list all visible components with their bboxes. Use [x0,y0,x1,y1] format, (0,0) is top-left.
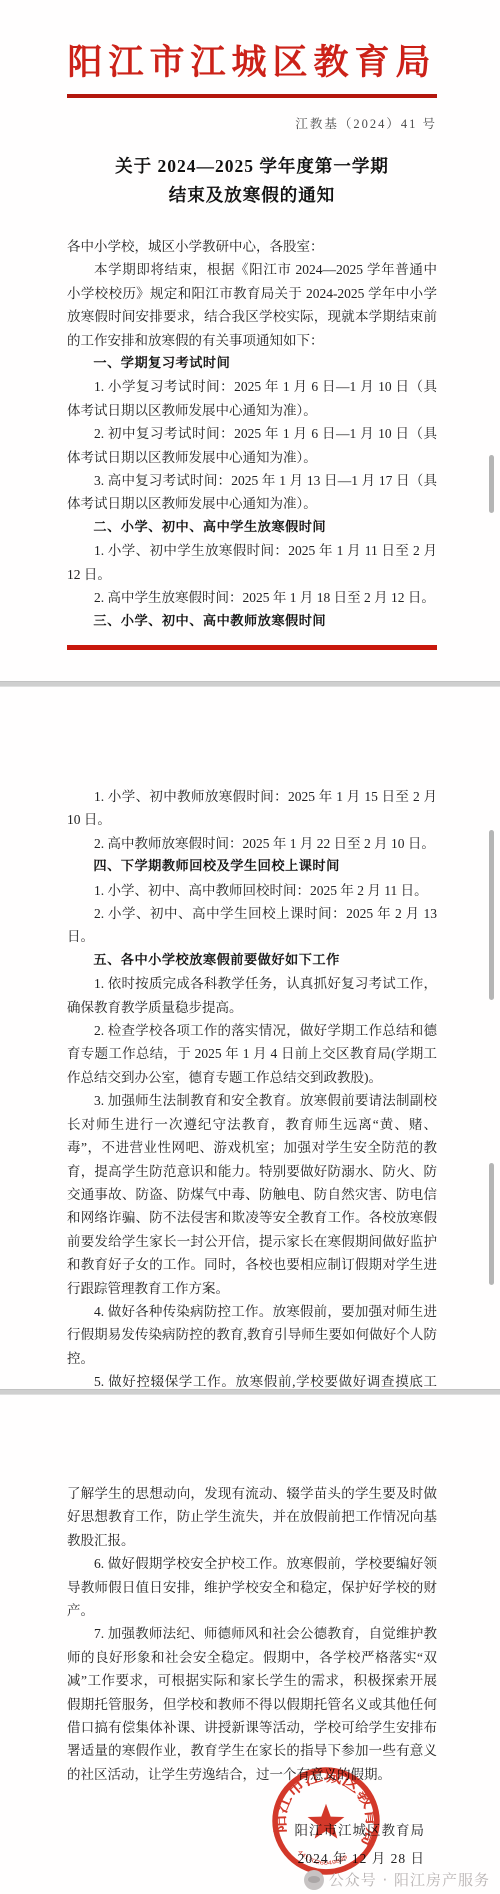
work-item-1: 1. 依时按质完成各科教学任务，认真抓好复习考试工作，确保教育教学质量稳步提高。 [67,972,437,1019]
section4-item2: 2. 小学、初中、高中学生回校上课时间：2025 年 2 月 13 日。 [67,902,437,949]
section3-item2: 2. 高中教师放寒假时间：2025 年 1 月 22 日至 2 月 10 日。 [67,832,437,855]
section1-item3: 3. 高中复习考试时间：2025 年 1 月 13 日—1 月 17 日（具体考… [67,469,437,516]
page1-body: 各中小学校，城区小学教研中心，各股室： 本学期即将结束，根据《阳江市 2024—… [67,235,437,633]
section5-heading: 五、各中小学校放寒假前要做好如下工作 [67,949,437,972]
scrollbar-thumb[interactable] [489,1163,494,1285]
issuing-org-title: 阳江市江城区教育局 [67,35,437,85]
section1-item2: 2. 初中复习考试时间：2025 年 1 月 6 日—1 月 10 日（具体考试… [67,422,437,469]
notice-title: 关于 2024—2025 学年度第一学期 结束及放寒假的通知 [67,152,437,210]
work-item-5-continued: 了解学生的思想动向，发现有流动、辍学苗头的学生要及时做好思想教育工作，防止学生流… [67,1482,437,1552]
scrollbar-thumb[interactable] [489,830,494,1000]
watermark: 公众号 · 阳江房产服务 [304,1869,490,1890]
page1-bottom-red-rule [67,645,437,650]
section3-item1: 1. 小学、初中教师放寒假时间：2025 年 1 月 15 日至 2 月 10 … [67,785,437,832]
work-item-7: 7. 加强教师法纪、师德师风和社会公德教育，自觉维护教师的良好形象和社会安全稳定… [67,1622,437,1786]
work-item-3: 3. 加强师生法制教育和安全教育。放寒假前要请法制副校长对师生进行一次遵纪守法教… [67,1089,437,1300]
work-item-5: 5. 做好控辍保学工作。放寒假前,学校要做好调查摸底工作， [67,1370,437,1389]
watermark-logo-icon [304,1870,324,1890]
scrollbar-thumb[interactable] [489,455,494,513]
official-seal: 阳江市江城区教育局 4417026049839 [270,1765,382,1877]
document-number: 江教基（2024）41 号 [67,114,437,132]
salutation: 各中小学校，城区小学教研中心，各股室： [67,235,437,258]
section4-item1: 1. 小学、初中、高中教师回校时间：2025 年 2 月 11 日。 [67,879,437,902]
seal-star-icon [308,1804,345,1839]
section1-item1: 1. 小学复习考试时间：2025 年 1 月 6 日—1 月 10 日（具体考试… [67,375,437,422]
notice-title-line1: 关于 2024—2025 学年度第一学期 [67,152,437,181]
section2-item1: 1. 小学、初中学生放寒假时间：2025 年 1 月 11 日至 2 月 12 … [67,539,437,586]
section1-heading: 一、学期复习考试时间 [67,352,437,375]
notice-page-2: 1. 小学、初中教师放寒假时间：2025 年 1 月 15 日至 2 月 10 … [0,687,500,1389]
notice-page-1: 阳江市江城区教育局 江教基（2024）41 号 关于 2024—2025 学年度… [0,0,500,681]
document-viewer: 阳江市江城区教育局 江教基（2024）41 号 关于 2024—2025 学年度… [0,0,500,1894]
section2-heading: 二、小学、初中、高中学生放寒假时间 [67,516,437,539]
work-item-6: 6. 做好假期学校安全护校工作。放寒假前，学校要编好领导教师假日值日安排，维护学… [67,1552,437,1622]
section3-heading: 三、小学、初中、高中教师放寒假时间 [67,610,437,633]
work-item-4: 4. 做好各种传染病防控工作。放寒假前，要加强对师生进行假期易发传染病防控的教育… [67,1300,437,1370]
section2-item2: 2. 高中学生放寒假时间：2025 年 1 月 18 日至 2 月 12 日。 [67,586,437,609]
intro-paragraph: 本学期即将结束，根据《阳江市 2024—2025 学年普通中小学校校历》规定和阳… [67,258,437,352]
header-red-rule [67,94,437,98]
work-item-2: 2. 检查学校各项工作的落实情况，做好学期工作总结和德育专题工作总结，于 202… [67,1019,437,1089]
watermark-label: 公众号 · 阳江房产服务 [329,1869,490,1890]
notice-title-line2: 结束及放寒假的通知 [67,181,437,210]
notice-page-3: 了解学生的思想动向，发现有流动、辍学苗头的学生要及时做好思想教育工作，防止学生流… [0,1395,500,1894]
section4-heading: 四、下学期教师回校及学生回校上课时间 [67,855,437,878]
